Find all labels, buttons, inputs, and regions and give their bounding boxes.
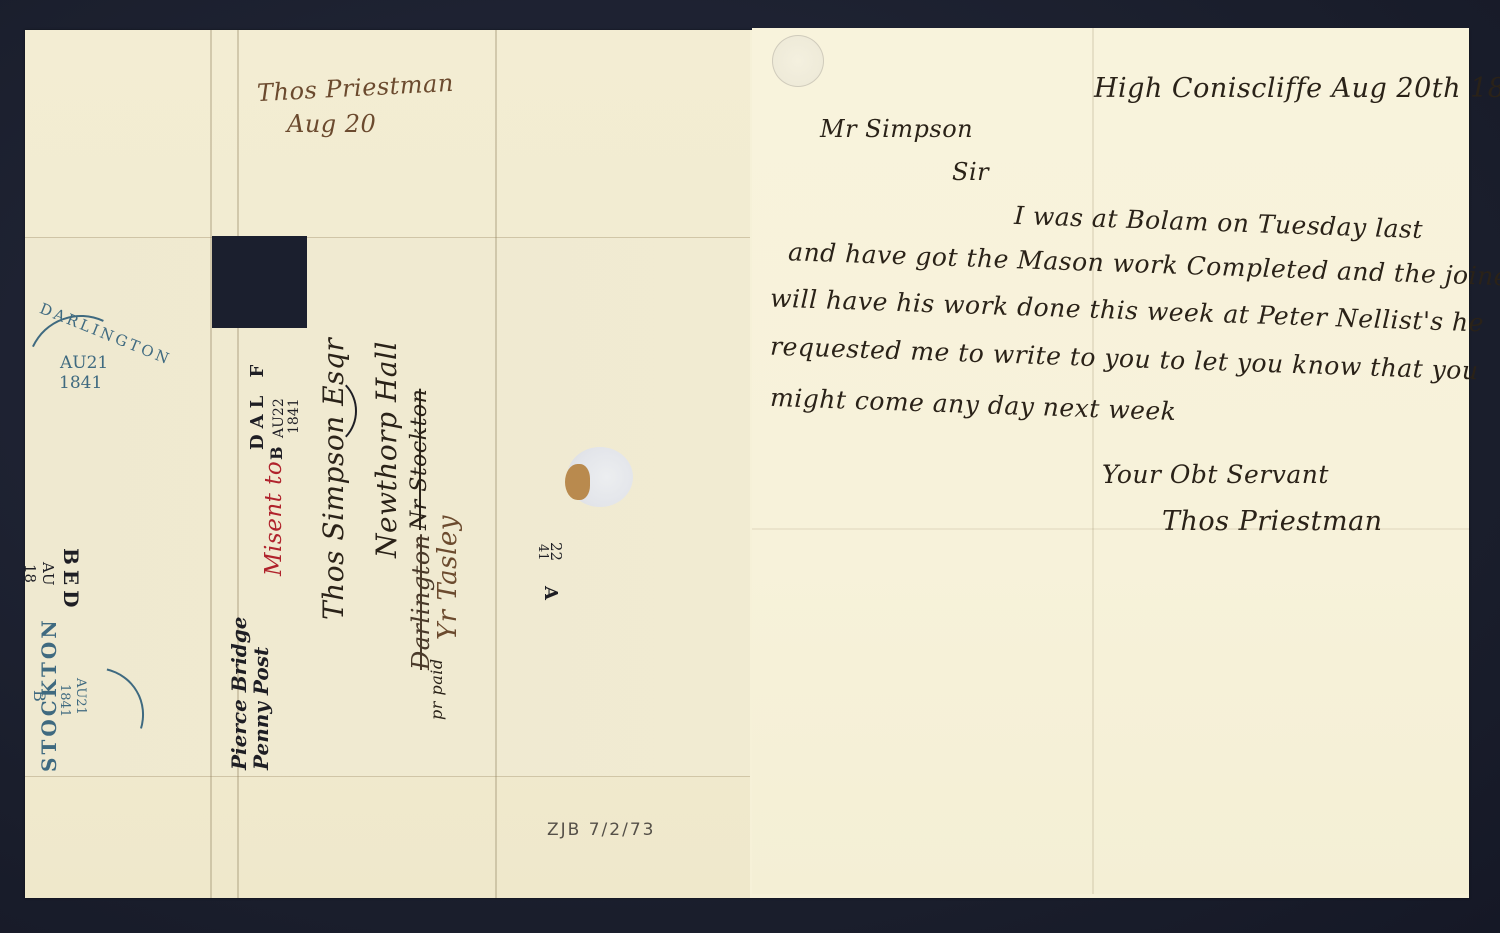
fold-line — [210, 30, 212, 898]
redacted-patch — [212, 236, 307, 328]
address-line-2: Newthorp Hall — [370, 341, 403, 558]
postmark-darlington: DARLINGTON AU21 1841 — [27, 315, 137, 425]
letter-body-line: I was at Bolam on Tuesday last — [1014, 201, 1424, 244]
letter-side: High Coniscliffe Aug 20th 1841 Mr Simpso… — [752, 28, 1469, 894]
postmark-year: 18 — [21, 564, 37, 583]
penny-post-line: Penny Post — [251, 647, 272, 770]
address-side: Thos Priestman Aug 20 DARLINGTON AU21 18… — [25, 30, 750, 898]
address-line-4: Yr Tasley — [433, 515, 463, 640]
postmark-receiving: A 22 41 — [533, 510, 593, 620]
fold-line — [1092, 28, 1094, 894]
postmark-date: AU22 — [272, 398, 287, 438]
docket-name: Thos Priestman — [256, 69, 454, 107]
letter-addressee: Mr Simpson — [820, 115, 973, 143]
letter-body-line: requested me to write to you to let you … — [770, 332, 1479, 386]
letter-place-date: High Coniscliffe Aug 20th 1841 — [1094, 73, 1500, 104]
letter-sheet: Thos Priestman Aug 20 DARLINGTON AU21 18… — [25, 30, 1469, 898]
postmark-stockton: STOCKTON AU21 1841 B — [33, 660, 143, 770]
archive-reference: ZJB 7/2/73 — [547, 820, 655, 840]
penny-post-line: Pierce Bridge — [229, 617, 250, 771]
postmark-code: B — [30, 690, 47, 702]
postmark-year: 1841 — [57, 684, 71, 717]
letter-body-line: and have got the Mason work Completed an… — [788, 237, 1500, 292]
address-struck-stockton: Nr Stockton — [407, 389, 432, 530]
docket-date: Aug 20 — [287, 110, 376, 138]
paid-note: pr paid — [427, 658, 446, 720]
letter-body-line: might come any day next week — [770, 383, 1177, 426]
missent-note: Misent to — [261, 461, 287, 576]
postmark-date: AU21 — [73, 678, 87, 715]
postmark-date: AU21 — [60, 355, 108, 373]
embossed-seal — [772, 35, 824, 87]
postmark-dale: DAL F AU22 1841 B — [247, 368, 327, 458]
letter-signature: Thos Priestman — [1162, 506, 1383, 537]
letter-body-line: will have his work done this week at Pet… — [770, 284, 1485, 338]
postmark-date: AU — [39, 562, 55, 585]
postmark-town: DAL F — [249, 359, 268, 450]
postmark-year: 1841 — [59, 375, 102, 393]
letter-closing: Your Obt Servant — [1102, 460, 1329, 489]
letter-salutation: Sir — [952, 158, 989, 186]
postmark-letter: A — [540, 586, 559, 600]
postmark-code: B — [269, 446, 286, 460]
address-struck-darlington: Darlington — [407, 534, 435, 670]
address-recipient: Thos Simpson Esqr — [317, 338, 350, 620]
fold-line — [495, 30, 497, 898]
postmark-year: 41 — [535, 544, 549, 561]
postmark-town: BED — [60, 548, 81, 613]
wax-stain — [565, 464, 590, 500]
